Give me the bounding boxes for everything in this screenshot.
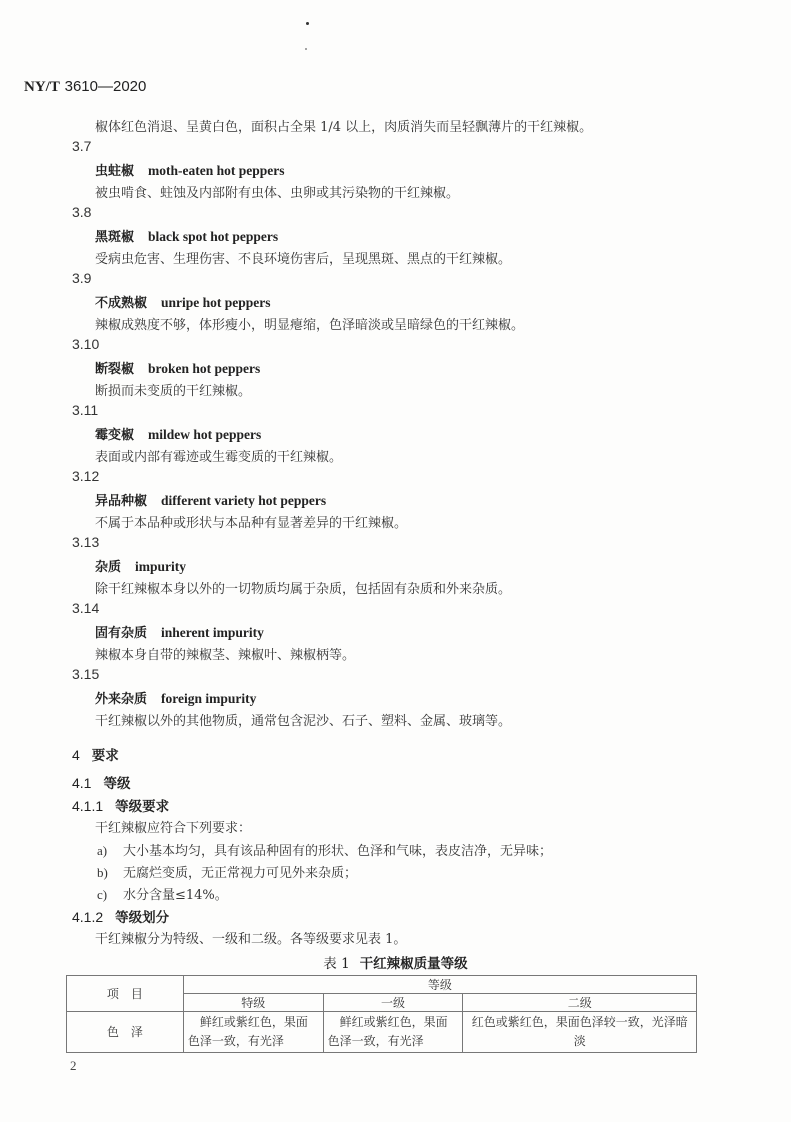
- term: 霉变椒mildew hot peppers: [95, 424, 261, 443]
- quality-grade-table: 项 目 等级 特级 一级 二级 色 泽 鲜红或紫红色，果面色泽一致，有光泽 鲜红…: [66, 975, 697, 1053]
- term-en: foreign impurity: [161, 691, 256, 706]
- list-marker: a): [97, 843, 123, 859]
- term: 固有杂质inherent impurity: [95, 622, 264, 641]
- term: 不成熟椒unripe hot peppers: [95, 292, 271, 311]
- term-zh: 断裂椒: [95, 362, 134, 377]
- definition-text: 被虫啃食、蛀蚀及内部附有虫体、虫卵或其污染物的干红辣椒。: [95, 182, 459, 201]
- term-zh: 虫蛀椒: [95, 164, 134, 179]
- scan-dot: [306, 22, 309, 25]
- page-number: 2: [70, 1058, 77, 1074]
- section-number: 4.1.1: [72, 798, 103, 814]
- term: 黑斑椒black spot hot peppers: [95, 226, 278, 245]
- term: 杂质impurity: [95, 556, 186, 575]
- term: 断裂椒broken hot peppers: [95, 358, 260, 377]
- term-en: different variety hot peppers: [161, 493, 326, 508]
- table-title: 干红辣椒质量等级: [360, 956, 468, 972]
- table-row: 色 泽 鲜红或紫红色，果面色泽一致，有光泽 鲜红或紫红色，果面色泽一致，有光泽 …: [67, 1012, 697, 1053]
- section-number: 3.14: [72, 600, 99, 616]
- list-item-c: c)水分含量≤14%。: [97, 884, 228, 903]
- term-zh: 异品种椒: [95, 494, 147, 509]
- section-heading-4-1-1: 4.1.1等级要求: [72, 795, 169, 815]
- section-number: 3.11: [72, 402, 98, 418]
- term: 外来杂质foreign impurity: [95, 688, 256, 707]
- table-number: 表 1: [323, 956, 349, 972]
- grading-text: 干红辣椒分为特级、一级和二级。各等级要求见表 1。: [95, 928, 406, 947]
- term-zh: 固有杂质: [95, 626, 147, 641]
- section-heading-4: 4要求: [72, 744, 119, 764]
- standard-prefix: NY/T: [24, 79, 60, 95]
- term: 异品种椒different variety hot peppers: [95, 490, 326, 509]
- cell-first: 鲜红或紫红色，果面色泽一致，有光泽: [323, 1012, 463, 1053]
- section-number: 4.1.2: [72, 909, 103, 925]
- list-marker: b): [97, 865, 123, 881]
- term-en: mildew hot peppers: [148, 427, 261, 442]
- header-grade-second: 二级: [463, 994, 697, 1012]
- continuation-text: 椒体红色消退、呈黄白色，面积占全果 1/4 以上，肉质消失而呈轻飘薄片的干红辣椒…: [95, 116, 592, 135]
- list-item-a: a)大小基本均匀，具有该品种固有的形状、色泽和气味，表皮洁净，无异味；: [97, 840, 552, 859]
- section-title: 等级: [103, 776, 130, 792]
- term: 虫蛀椒moth-eaten hot peppers: [95, 160, 285, 179]
- term-zh: 霉变椒: [95, 428, 134, 443]
- definition-text: 不属于本品种或形状与本品种有显著差异的干红辣椒。: [95, 512, 407, 531]
- section-title: 要求: [92, 748, 119, 764]
- definition-text: 辣椒本身自带的辣椒茎、辣椒叶、辣椒柄等。: [95, 644, 355, 663]
- header-item: 项 目: [67, 976, 184, 1012]
- section-number: 3.10: [72, 336, 99, 352]
- row-item: 色 泽: [67, 1012, 184, 1053]
- table-caption: 表 1干红辣椒质量等级: [0, 952, 791, 972]
- section-number: 3.7: [72, 138, 91, 154]
- list-text: 无腐烂变质，无正常视力可见外来杂质；: [123, 866, 357, 881]
- term-en: moth-eaten hot peppers: [148, 163, 285, 178]
- term-zh: 黑斑椒: [95, 230, 134, 245]
- section-number: 3.12: [72, 468, 99, 484]
- header-grade-group: 等级: [183, 976, 696, 994]
- section-title: 等级划分: [115, 910, 169, 926]
- definition-text: 辣椒成熟度不够，体形瘦小，明显瘪缩，色泽暗淡或呈暗绿色的干红辣椒。: [95, 314, 524, 333]
- list-item-b: b)无腐烂变质，无正常视力可见外来杂质；: [97, 862, 357, 881]
- term-zh: 不成熟椒: [95, 296, 147, 311]
- section-number: 3.8: [72, 204, 91, 220]
- section-number: 4: [72, 747, 80, 763]
- requirements-intro: 干红辣椒应符合下列要求：: [95, 817, 251, 836]
- section-number: 3.15: [72, 666, 99, 682]
- standard-number: 3610—2020: [65, 78, 147, 95]
- term-en: inherent impurity: [161, 625, 264, 640]
- list-text: 水分含量≤14%。: [123, 888, 228, 903]
- term-zh: 杂质: [95, 560, 121, 575]
- list-marker: c): [97, 887, 123, 903]
- term-en: impurity: [135, 559, 186, 574]
- section-heading-4-1-2: 4.1.2等级划分: [72, 906, 169, 926]
- section-heading-4-1: 4.1等级: [72, 772, 130, 792]
- definition-text: 表面或内部有霉迹或生霉变质的干红辣椒。: [95, 446, 342, 465]
- term-en: unripe hot peppers: [161, 295, 271, 310]
- definition-text: 断损而未变质的干红辣椒。: [95, 380, 251, 399]
- section-number: 3.9: [72, 270, 91, 286]
- header-grade-first: 一级: [323, 994, 463, 1012]
- cell-special: 鲜红或紫红色，果面色泽一致，有光泽: [183, 1012, 323, 1053]
- scan-dot: [305, 48, 307, 50]
- term-en: black spot hot peppers: [148, 229, 278, 244]
- section-title: 等级要求: [115, 799, 169, 815]
- section-number: 4.1: [72, 775, 91, 791]
- cell-second: 红色或紫红色，果面色泽较一致，光泽暗淡: [463, 1012, 697, 1053]
- list-text: 大小基本均匀，具有该品种固有的形状、色泽和气味，表皮洁净，无异味；: [123, 844, 552, 859]
- section-number: 3.13: [72, 534, 99, 550]
- definition-text: 受病虫危害、生理伤害、不良环境伤害后，呈现黑斑、黑点的干红辣椒。: [95, 248, 511, 267]
- definition-text: 除干红辣椒本身以外的一切物质均属于杂质，包括固有杂质和外来杂质。: [95, 578, 511, 597]
- term-en: broken hot peppers: [148, 361, 260, 376]
- header-grade-special: 特级: [183, 994, 323, 1012]
- definition-text: 干红辣椒以外的其他物质，通常包含泥沙、石子、塑料、金属、玻璃等。: [95, 710, 511, 729]
- standard-code: NY/T 3610—2020: [24, 77, 146, 96]
- term-zh: 外来杂质: [95, 692, 147, 707]
